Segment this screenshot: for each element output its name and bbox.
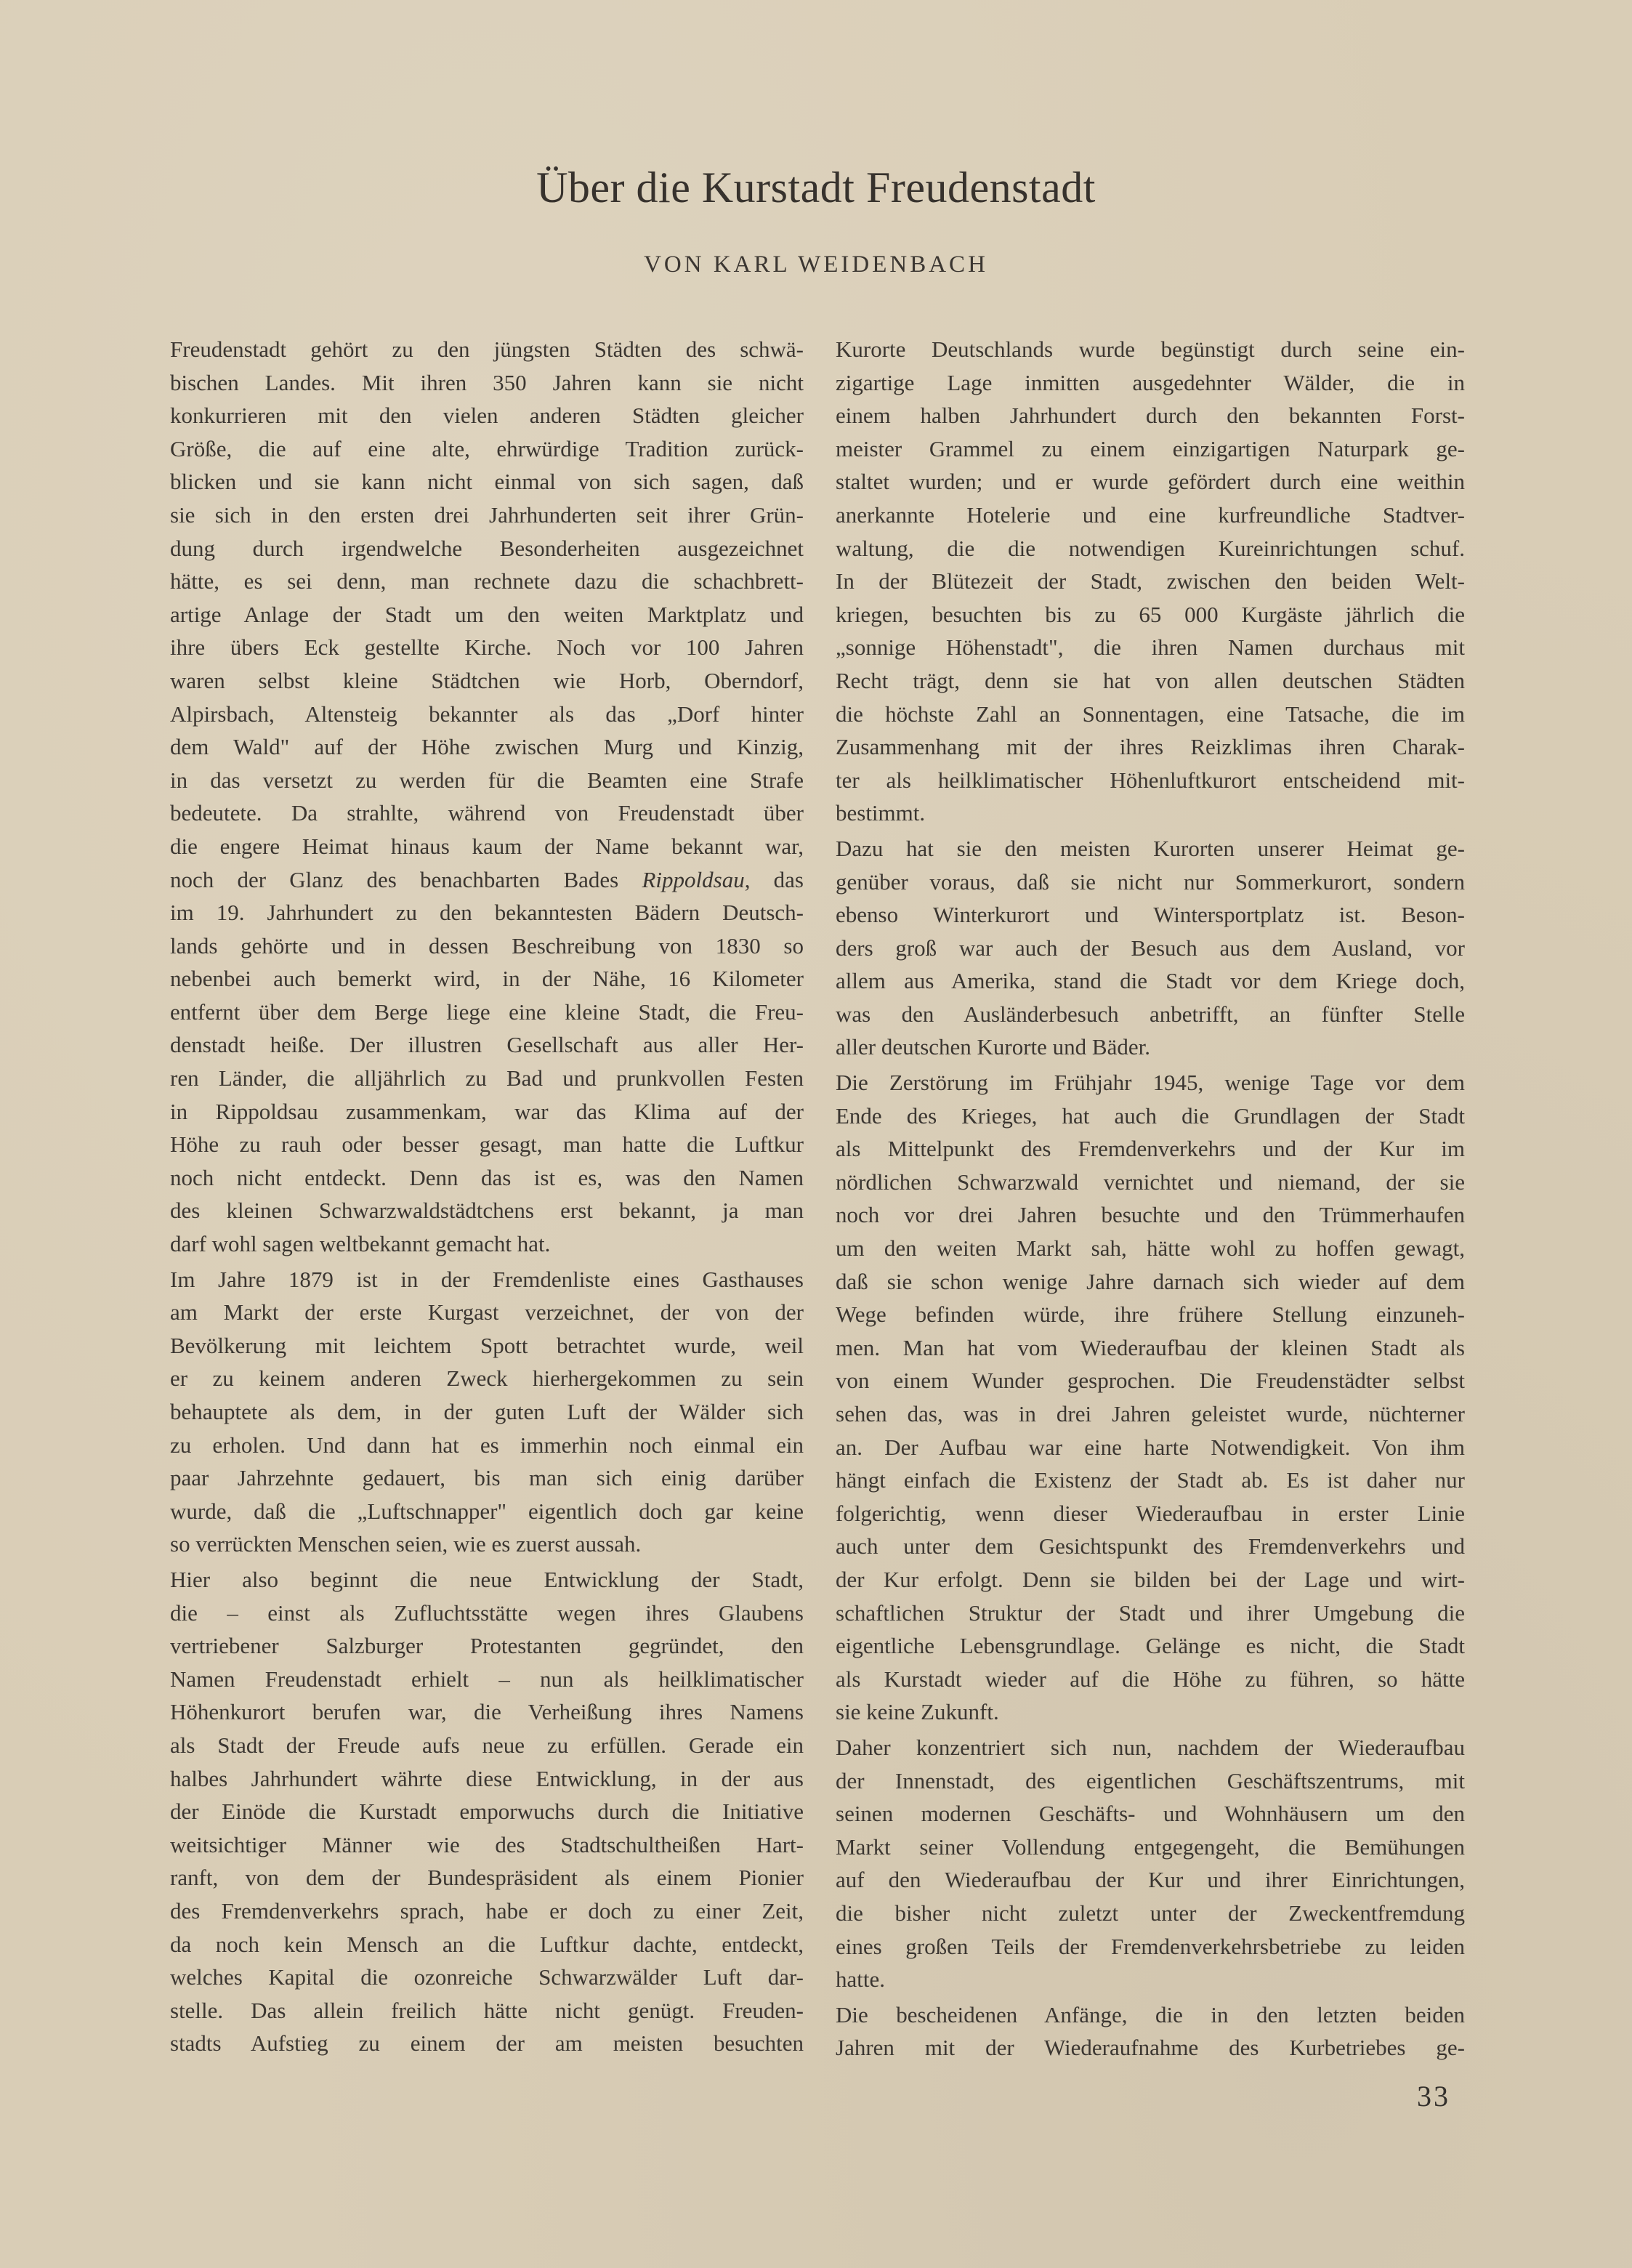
text-line: zu erholen. Und dann hat es immerhin noc… (170, 1429, 804, 1462)
text-line: bedeutete. Da strahlte, während von Freu… (170, 796, 804, 830)
text-line: paar Jahrzehnte gedauert, bis man sich e… (170, 1461, 804, 1495)
text-line: anerkannte Hotelerie und eine kurfreundl… (836, 499, 1465, 532)
text-line: eigentliche Lebensgrundlage. Gelänge es … (836, 1629, 1465, 1663)
text-line: stadts Aufstieg zu einem der am meisten … (170, 2027, 804, 2060)
text-line: auf den Wiederaufbau der Kur und ihrer E… (836, 1863, 1465, 1897)
text-line: zigartige Lage inmitten ausgedehnter Wäl… (836, 366, 1465, 400)
text-line: sie sich in den ersten drei Jahrhunderte… (170, 499, 804, 532)
text-line: ren Länder, die alljährlich zu Bad und p… (170, 1062, 804, 1095)
text-line: die bisher nicht zuletzt unter der Zweck… (836, 1897, 1465, 1930)
text-line: noch der Glanz des benachbarten Bades Ri… (170, 863, 804, 897)
text-line: noch vor drei Jahren besuchte und den Tr… (836, 1198, 1465, 1232)
text-line: entfernt über dem Berge liege eine klein… (170, 996, 804, 1029)
text-line: dem Wald" auf der Höhe zwischen Murg und… (170, 730, 804, 764)
text-line: an. Der Aufbau war eine harte Notwendigk… (836, 1431, 1465, 1464)
text-line: Höhe zu rauh oder besser gesagt, man hat… (170, 1128, 804, 1161)
text-line: Wege befinden würde, ihre frühere Stellu… (836, 1298, 1465, 1331)
text-line: noch nicht entdeckt. Denn das ist es, wa… (170, 1161, 804, 1195)
text-line: weitsichtiger Männer wie des Stadtschult… (170, 1828, 804, 1862)
text-line: ders groß war auch der Besuch aus dem Au… (836, 932, 1465, 965)
text-line: nebenbei auch bemerkt wird, in der Nähe,… (170, 962, 804, 996)
text-line: Die bescheidenen Anfänge, die in den let… (836, 1998, 1465, 2032)
text-line: in das versetzt zu werden für die Beamte… (170, 764, 804, 797)
text-line: ranft, von dem der Bundespräsident als e… (170, 1861, 804, 1894)
text-line: darf wohl sagen weltbekannt gemacht hat. (170, 1227, 804, 1261)
article-title: Über die Kurstadt Freudenstadt (0, 158, 1632, 217)
text-line: ihre übers Eck gestellte Kirche. Noch vo… (170, 631, 804, 664)
text-line: als Mittelpunkt des Fremdenverkehrs und … (836, 1132, 1465, 1166)
text-line: der Innenstadt, des eigentlichen Geschäf… (836, 1764, 1465, 1798)
text-line: stelle. Das allein freilich hätte nicht … (170, 1994, 804, 2027)
page-number: 33 (1417, 2078, 1450, 2115)
text-line: konkurrieren mit den vielen anderen Städ… (170, 399, 804, 432)
text-line: Recht trägt, denn sie hat von allen deut… (836, 664, 1465, 698)
text-line: so verrückten Menschen seien, wie es zue… (170, 1528, 804, 1561)
text-line: Größe, die auf eine alte, ehrwürdige Tra… (170, 432, 804, 466)
text-line: sehen das, was in drei Jahren geleistet … (836, 1397, 1465, 1431)
text-line: ter als heilklimatischer Höhenluftkurort… (836, 764, 1465, 797)
text-line: Alpirsbach, Altensteig bekannter als das… (170, 698, 804, 731)
text-line: blicken und sie kann nicht einmal von si… (170, 465, 804, 499)
text-line: der Einöde die Kurstadt emporwuchs durch… (170, 1795, 804, 1828)
text-line: einem halben Jahrhundert durch den bekan… (836, 399, 1465, 432)
text-line: Markt seiner Vollendung entgegengeht, di… (836, 1831, 1465, 1864)
text-line: lands gehörte und in dessen Beschreibung… (170, 929, 804, 963)
text-line: hatte. (836, 1963, 1465, 1996)
text-line: welches Kapital die ozonreiche Schwarzwä… (170, 1961, 804, 1994)
text-line: men. Man hat vom Wiederaufbau der kleine… (836, 1331, 1465, 1365)
text-line: eines großen Teils der Fremdenverkehrsbe… (836, 1930, 1465, 1964)
text-line: seinen modernen Geschäfts- und Wohnhäuse… (836, 1797, 1465, 1831)
text-line: vertriebener Salzburger Protestanten geg… (170, 1629, 804, 1663)
text-column-right: Kurorte Deutschlands wurde begünstigt du… (836, 333, 1465, 2065)
text-line: die höchste Zahl an Sonnentagen, eine Ta… (836, 698, 1465, 731)
text-line: daß sie schon wenige Jahre darnach sich … (836, 1265, 1465, 1299)
text-line: Dazu hat sie den meisten Kurorten unsere… (836, 832, 1465, 865)
text-column-left: Freudenstadt gehört zu den jüngsten Städ… (170, 333, 804, 2060)
text-line: Namen Freudenstadt erhielt – nun als hei… (170, 1663, 804, 1696)
text-line: artige Anlage der Stadt um den weiten Ma… (170, 598, 804, 631)
text-line: behauptete als dem, in der guten Luft de… (170, 1395, 804, 1429)
text-line: bischen Landes. Mit ihren 350 Jahren kan… (170, 366, 804, 400)
text-line: folgerichtig, wenn dieser Wiederaufbau i… (836, 1497, 1465, 1530)
text-line: des kleinen Schwarzwaldstädtchens erst b… (170, 1194, 804, 1227)
text-line: hängt einfach die Existenz der Stadt ab.… (836, 1464, 1465, 1497)
text-line: bestimmt. (836, 796, 1465, 830)
italic-place-name: Rippoldsau (642, 867, 744, 892)
text-line: Im Jahre 1879 ist in der Fremdenliste ei… (170, 1263, 804, 1296)
text-line: meister Grammel zu einem einzigartigen N… (836, 432, 1465, 466)
text-line: dung durch irgendwelche Besonderheiten a… (170, 532, 804, 565)
text-line: im 19. Jahrhundert zu den bekanntesten B… (170, 896, 804, 929)
text-line: als Stadt der Freude aufs neue zu erfüll… (170, 1729, 804, 1762)
text-line: Daher konzentriert sich nun, nachdem der… (836, 1731, 1465, 1764)
text-line: die engere Heimat hinaus kaum der Name b… (170, 830, 804, 863)
text-line: in Rippoldsau zusammenkam, war das Klima… (170, 1095, 804, 1129)
text-line: „sonnige Höhenstadt", die ihren Namen du… (836, 631, 1465, 664)
text-line: Hier also beginnt die neue Entwicklung d… (170, 1563, 804, 1597)
text-line: hätte, es sei denn, man rechnete dazu di… (170, 565, 804, 598)
text-line: die – einst als Zufluchtsstätte wegen ih… (170, 1597, 804, 1630)
text-line: genüber voraus, daß sie nicht nur Sommer… (836, 865, 1465, 899)
text-line: Freudenstadt gehört zu den jüngsten Städ… (170, 333, 804, 366)
text-line: auch unter dem Gesichtspunkt des Fremden… (836, 1530, 1465, 1563)
text-line: Jahren mit der Wiederaufnahme des Kurbet… (836, 2031, 1465, 2065)
text-line: da noch kein Mensch an die Luftkur dacht… (170, 1928, 804, 1961)
text-line: Ende des Krieges, hat auch die Grundlage… (836, 1099, 1465, 1133)
text-line: am Markt der erste Kurgast verzeichnet, … (170, 1296, 804, 1329)
text-line: Höhenkurort berufen war, die Verheißung … (170, 1695, 804, 1729)
text-line: was den Ausländerbesuch anbetrifft, an f… (836, 998, 1465, 1031)
text-line: Die Zerstörung im Frühjahr 1945, wenige … (836, 1066, 1465, 1099)
text-line: sie keine Zukunft. (836, 1695, 1465, 1729)
text-line: von einem Wunder gesprochen. Die Freuden… (836, 1364, 1465, 1397)
text-line: um den weiten Markt sah, hätte wohl zu h… (836, 1232, 1465, 1265)
text-line: In der Blütezeit der Stadt, zwischen den… (836, 565, 1465, 598)
text-line: waren selbst kleine Städtchen wie Horb, … (170, 664, 804, 698)
text-line: ebenso Winterkurort und Wintersportplatz… (836, 898, 1465, 932)
text-line: Zusammenhang mit der ihres Reizklimas ih… (836, 730, 1465, 764)
text-line: wurde, daß die „Luftschnapper" eigentlic… (170, 1495, 804, 1528)
text-line: waltung, die die notwendigen Kureinricht… (836, 532, 1465, 565)
text-line: Bevölkerung mit leichtem Spott betrachte… (170, 1329, 804, 1363)
text-line: staltet wurden; und er wurde gefördert d… (836, 465, 1465, 499)
text-line: als Kurstadt wieder auf die Höhe zu führ… (836, 1663, 1465, 1696)
text-line: allem aus Amerika, stand die Stadt vor d… (836, 964, 1465, 998)
text-line: nördlichen Schwarzwald vernichtet und ni… (836, 1166, 1465, 1199)
text-line: des Fremdenverkehrs sprach, habe er doch… (170, 1894, 804, 1928)
article-byline: VON KARL WEIDENBACH (0, 249, 1632, 281)
text-line: aller deutschen Kurorte und Bäder. (836, 1030, 1465, 1064)
text-line: er zu keinem anderen Zweck hierhergekomm… (170, 1362, 804, 1395)
text-line: halbes Jahrhundert währte diese Entwickl… (170, 1762, 804, 1796)
text-line: denstadt heiße. Der illustren Gesellscha… (170, 1028, 804, 1062)
text-line: schaftlichen Struktur der Stadt und ihre… (836, 1597, 1465, 1630)
text-line: der Kur erfolgt. Denn sie bilden bei der… (836, 1563, 1465, 1597)
text-line: Kurorte Deutschlands wurde begünstigt du… (836, 333, 1465, 366)
text-line: kriegen, besuchten bis zu 65 000 Kurgäst… (836, 598, 1465, 631)
